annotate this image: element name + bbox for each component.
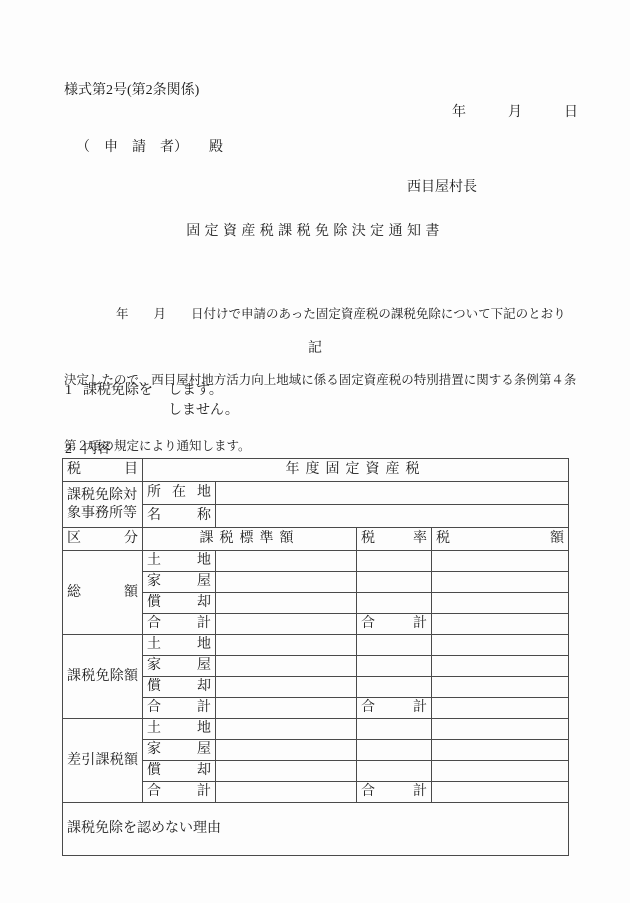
tax-item-label-cell: 税目 [63,459,143,482]
body-line-3: 第２項の規定により通知します。 [64,435,570,457]
base-value-cell [216,740,357,761]
amount-value-cell [432,656,569,677]
rate-value-cell [357,572,432,593]
rate-value-cell [357,719,432,740]
category-header-cell: 区分 [63,528,143,551]
recipient-line: （ 申 請 者） 殿 [76,136,223,156]
subrow-label-house: 家屋 [143,572,216,593]
document-title: 固定資産税課税免除決定通知書 [62,220,568,240]
name-label-cell: 名称 [143,505,216,528]
subrow-label-depreciable: 償却 [143,761,216,782]
tax-item-value-cell: 年度固定資産税 [143,459,569,482]
group-label-net: 差引課税額 [63,719,143,803]
office-label-line1: 課税免除対 [67,487,138,505]
subrow-label-land: 土地 [143,551,216,572]
tax-base-header-cell: 課税標準額 [143,528,357,551]
item1-label: 課税免除を [83,381,168,401]
amount-value-cell [432,740,569,761]
rate-value-cell [357,761,432,782]
base-value-cell [216,782,357,803]
group-label-total: 総額 [63,551,143,635]
subrow-label-house: 家屋 [143,656,216,677]
tax-rate-header-cell: 税率 [357,528,432,551]
item2-row: 2 内容 [65,440,111,460]
amount-value-cell [432,761,569,782]
note-mark: 記 [62,337,568,357]
rate-value-cell [357,635,432,656]
base-value-cell [216,656,357,677]
subrow-label-house: 家屋 [143,740,216,761]
date-line: 年 月 日 [452,101,578,121]
amount-value-cell [432,635,569,656]
rate-value-cell [357,656,432,677]
amount-value-cell [432,593,569,614]
content-table: 税目 年度固定資産税 課税免除対 象事務所等 所在地 名称 区分 課税標準額 税… [62,458,569,856]
item1-option-grant: します。 [168,381,239,401]
total-label-cell: 合計 [357,782,432,803]
item1-options: します。 しません。 [168,381,239,420]
amount-value-cell [432,614,569,635]
subrow-label-depreciable: 償却 [143,677,216,698]
item1-option-deny: しません。 [168,401,239,421]
amount-value-cell [432,719,569,740]
total-label-cell: 合計 [357,614,432,635]
base-value-cell [216,698,357,719]
base-value-cell [216,635,357,656]
base-value-cell [216,551,357,572]
location-value-cell [216,482,569,505]
name-value-cell [216,505,569,528]
rate-value-cell [357,551,432,572]
base-value-cell [216,719,357,740]
location-label-cell: 所在地 [143,482,216,505]
tax-amount-header-cell: 税額 [432,528,569,551]
form-number: 様式第2号(第2条関係) [64,79,199,99]
office-label-cell: 課税免除対 象事務所等 [63,482,143,528]
rate-value-cell [357,593,432,614]
sender-name: 西目屋村長 [407,176,477,196]
body-line-1: 年 月 日付けで申請のあった固定資産税の課税免除について下記のとおり [64,303,570,325]
item1-row: 1 課税免除を します。 しません。 [65,381,239,420]
item2-number: 2 [65,440,83,460]
amount-value-cell [432,782,569,803]
amount-value-cell [432,698,569,719]
amount-value-cell [432,572,569,593]
base-value-cell [216,614,357,635]
total-label-cell: 合計 [357,698,432,719]
rate-value-cell [357,677,432,698]
subrow-label-subtotal: 合計 [143,782,216,803]
amount-value-cell [432,677,569,698]
item1-number: 1 [65,381,83,401]
subrow-label-land: 土地 [143,719,216,740]
base-value-cell [216,761,357,782]
denial-reason-cell: 課税免除を認めない理由 [63,803,569,856]
rate-value-cell [357,740,432,761]
base-value-cell [216,572,357,593]
document-page: 様式第2号(第2条関係) 年 月 日 （ 申 請 者） 殿 西目屋村長 固定資産… [0,0,630,903]
office-label-line2: 象事務所等 [67,505,138,523]
group-label-exempt: 課税免除額 [63,635,143,719]
subrow-label-subtotal: 合計 [143,698,216,719]
subrow-label-subtotal: 合計 [143,614,216,635]
subrow-label-land: 土地 [143,635,216,656]
base-value-cell [216,677,357,698]
item2-label: 内容 [83,440,111,460]
subrow-label-depreciable: 償却 [143,593,216,614]
base-value-cell [216,593,357,614]
amount-value-cell [432,551,569,572]
